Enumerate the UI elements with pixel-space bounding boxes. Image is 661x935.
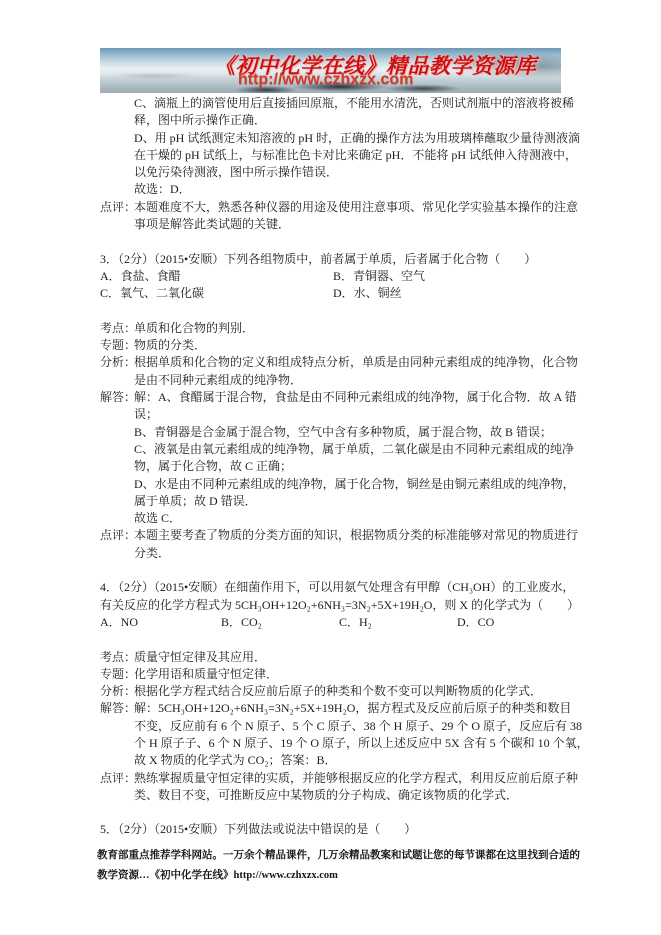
paragraph-option-d: D、用 pH 试纸测定未知溶液的 pH 时，正确的操作方法为用玻璃棒蘸取少量待测… — [134, 130, 645, 182]
section-label-zhuanti: 专题： — [100, 337, 136, 354]
option-item-c: C．氧气、二氧化碳 — [100, 285, 330, 302]
option-item-c: C．H₂ — [339, 614, 454, 631]
section-label-dianping: 点评： — [100, 527, 136, 544]
question-5-stem: 5．（2分）（2015•安顺）下列做法或说法中错误的是（ ） — [100, 821, 645, 838]
document-body: C、滴瓶上的滴管使用后直接插回原瓶，不能用水清洗，否则试剂瓶中的溶液将被稀 释，… — [100, 95, 645, 839]
section-label-fenxi: 分析： — [100, 683, 136, 700]
fenxi-block: 分析： 根据单质和化合物的定义和组成特点分析，单质是由同种元素组成的纯净物，化合… — [100, 354, 645, 389]
footer-line: 教育部重点推荐学科网站。一万余个精品课件，几万余精品教案和试题让您的每节课都在这… — [97, 846, 597, 866]
jieda-paragraph-d: D、水是由不同种元素组成的纯净物，属于化合物，铜丝是由铜元素组成的纯净物， 属于… — [134, 476, 645, 511]
jieda-paragraph-b: B、青铜器是合金属于混合物，空气中含有多种物质，属于混合物，故 B 错误； — [134, 424, 645, 441]
kaodian-text: 单质和化合物的判别． — [134, 320, 645, 337]
jieda-paragraph-a: 解：A、食醋属于混合物，食盐是由不同种元素组成的纯净物，属于化合物．故 A 错 … — [134, 389, 645, 424]
question-3-stem: 3．（2分）（2015•安顺）下列各组物质中，前者属于单质，后者属于化合物（ ） — [100, 251, 645, 268]
answer-continuation: C、滴瓶上的滴管使用后直接插回原瓶，不能用水清洗，否则试剂瓶中的溶液将被稀 释，… — [100, 95, 645, 199]
comment-text: 本题难度不大，熟悉各种仪器的用途及使用注意事项、常见化学实验基本操作的注意 事项… — [134, 199, 645, 234]
section-label-dianping: 点评： — [100, 199, 136, 216]
footer-line: 教学资源…《初中化学在线》http://www.czhxzx.com — [97, 866, 597, 886]
question-3-options-row-2: C．氧气、二氧化碳 D．水、铜丝 — [100, 285, 645, 302]
section-label-fenxi: 分析： — [100, 354, 136, 371]
fenxi-text: 根据化学方程式结合反应前后原子的种类和个数不变可以判断物质的化学式． — [134, 683, 645, 700]
zhuanti-text: 物质的分类． — [134, 337, 645, 354]
section-label-dianping: 点评： — [100, 770, 136, 787]
option-item-d: D．CO — [457, 614, 494, 631]
question-3-options-row-1: A．食盐、食醋 B．青铜器、空气 — [100, 268, 645, 285]
answer-choice-line: 故选 C． — [134, 510, 645, 527]
kaodian-block: 考点： 单质和化合物的判别． — [100, 320, 645, 337]
answer-choice-line: 故选：D． — [134, 181, 645, 198]
zhuanti-block: 专题： 物质的分类． — [100, 337, 645, 354]
paragraph-option-c: C、滴瓶上的滴管使用后直接插回原瓶，不能用水清洗，否则试剂瓶中的溶液将被稀 释，… — [134, 95, 645, 130]
option-item-b: B．青铜器、空气 — [333, 268, 425, 285]
section-label-kaodian: 考点： — [100, 649, 136, 666]
section-label-jieda: 解答： — [100, 700, 136, 717]
kaodian-text: 质量守恒定律及其应用． — [134, 649, 645, 666]
comment-block: 点评： 本题主要考查了物质的分类方面的知识，根据物质分类的标准能够对常见的物质进… — [100, 527, 645, 562]
comment-text: 熟练掌握质量守恒定律的实质，并能够根据反应的化学方程式，利用反应前后原子种 类、… — [134, 770, 645, 805]
question-4-options-row: A．NO B．CO₂ C．H₂ D．CO — [100, 614, 645, 631]
option-item-a: A．食盐、食醋 — [100, 268, 330, 285]
option-item-d: D．水、铜丝 — [333, 285, 402, 302]
section-label-jieda: 解答： — [100, 389, 136, 406]
comment-block: 点评： 熟练掌握质量守恒定律的实质，并能够根据反应的化学方程式，利用反应前后原子… — [100, 770, 645, 805]
kaodian-block: 考点： 质量守恒定律及其应用． — [100, 649, 645, 666]
jieda-paragraph-c: C、液氧是由氧元素组成的纯净物，属于单质，二氧化碳是由不同种元素组成的纯净 物，… — [134, 441, 645, 476]
fenxi-block: 分析： 根据化学方程式结合反应前后原子的种类和个数不变可以判断物质的化学式． — [100, 683, 645, 700]
section-label-kaodian: 考点： — [100, 320, 136, 337]
site-banner: 《初中化学在线》精品教学资源库 http://www.czhxzx.com — [100, 48, 561, 93]
option-item-a: A．NO — [100, 614, 218, 631]
banner-url-text: http://www.czhxzx.com — [238, 71, 413, 89]
question-4-stem: 4．（2分）（2015•安顺）在细菌作用下，可以用氨气处理含有甲醇（CH₃OH）… — [100, 579, 645, 614]
comment-block: 点评： 本题难度不大，熟悉各种仪器的用途及使用注意事项、常见化学实验基本操作的注… — [100, 199, 645, 234]
jieda-block: 解答： 解：A、食醋属于混合物，食盐是由不同种元素组成的纯净物，属于化合物．故 … — [100, 389, 645, 527]
jieda-paragraph: 解：5CH₃OH+12O₂+6NH₃=3N₂+5X+19H₂O，据方程式及反应前… — [134, 700, 645, 769]
section-label-zhuanti: 专题： — [100, 666, 136, 683]
zhuanti-text: 化学用语和质量守恒定律． — [134, 666, 645, 683]
zhuanti-block: 专题： 化学用语和质量守恒定律． — [100, 666, 645, 683]
option-item-b: B．CO₂ — [221, 614, 336, 631]
fenxi-text: 根据单质和化合物的定义和组成特点分析，单质是由同种元素组成的纯净物，化合物 是由… — [134, 354, 645, 389]
comment-text: 本题主要考查了物质的分类方面的知识，根据物质分类的标准能够对常见的物质进行 分类… — [134, 527, 645, 562]
page-footer: 教育部重点推荐学科网站。一万余个精品课件，几万余精品教案和试题让您的每节课都在这… — [97, 846, 597, 886]
jieda-block: 解答： 解：5CH₃OH+12O₂+6NH₃=3N₂+5X+19H₂O，据方程式… — [100, 700, 645, 769]
